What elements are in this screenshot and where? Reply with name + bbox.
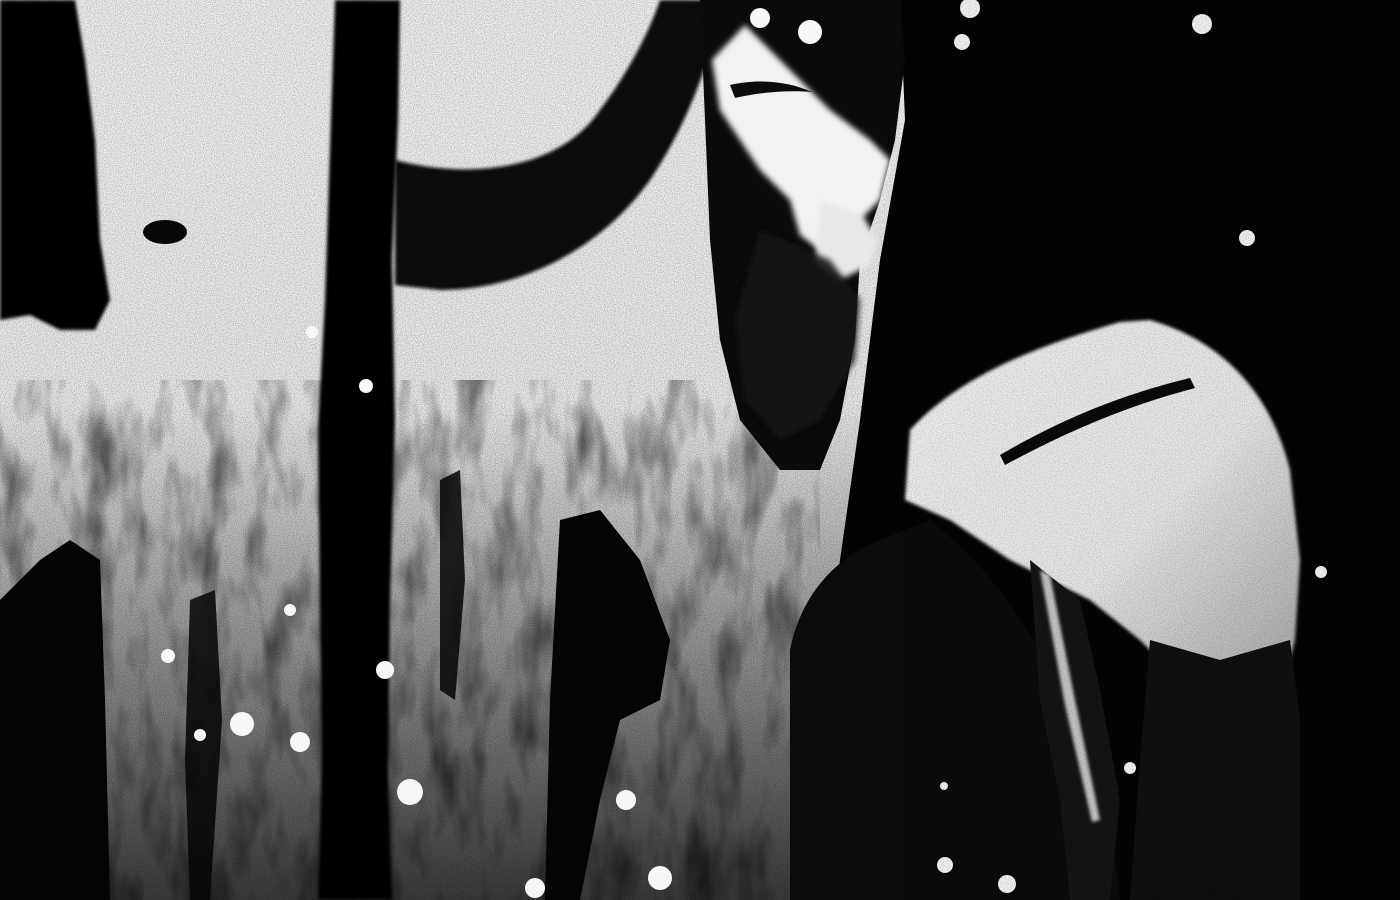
photograph: Grainy high-contrast black-and-white pho… <box>0 0 1400 900</box>
photo-canvas <box>0 0 1400 900</box>
film-grain-dark <box>900 0 1400 900</box>
